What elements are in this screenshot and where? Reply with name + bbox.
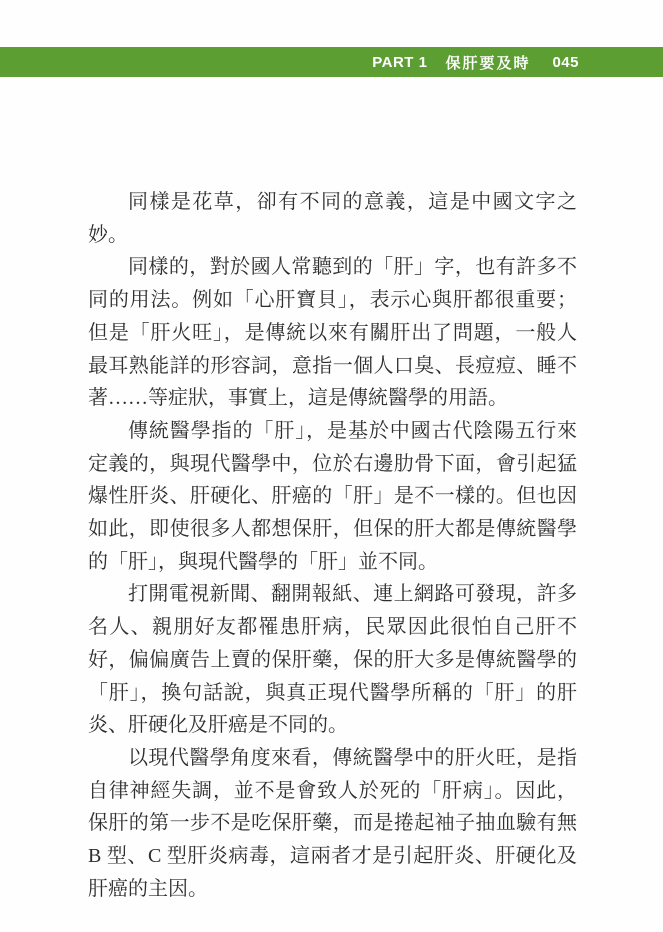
body-paragraph: 傳統醫學指的「肝」，是基於中國古代陰陽五行來定義的，與現代醫學中，位於右邊肋骨下… xyxy=(88,415,577,579)
body-paragraph: 以現代醫學角度來看，傳統醫學中的肝火旺，是指自律神經失調，並不是會致人於死的「肝… xyxy=(88,742,577,906)
body-paragraph: 同樣是花草，卻有不同的意義，這是中國文字之妙。 xyxy=(88,186,577,251)
body-paragraph: 打開電視新聞、翻開報紙、連上網路可發現，許多名人、親朋好友都罹患肝病，民眾因此很… xyxy=(88,578,577,742)
body-paragraph: 同樣的，對於國人常聽到的「肝」字，也有許多不同的用法。例如「心肝寶貝」，表示心與… xyxy=(88,251,577,415)
page-number: 045 xyxy=(552,54,579,71)
part-label: PART 1 xyxy=(372,54,427,71)
body-text: 同樣是花草，卻有不同的意義，這是中國文字之妙。 同樣的，對於國人常聽到的「肝」字… xyxy=(88,186,577,905)
chapter-title: 保肝要及時 xyxy=(445,52,530,73)
book-page: PART 1 保肝要及時 045 同樣是花草，卻有不同的意義，這是中國文字之妙。… xyxy=(0,0,663,932)
chapter-header-bar: PART 1 保肝要及時 045 xyxy=(0,47,663,77)
